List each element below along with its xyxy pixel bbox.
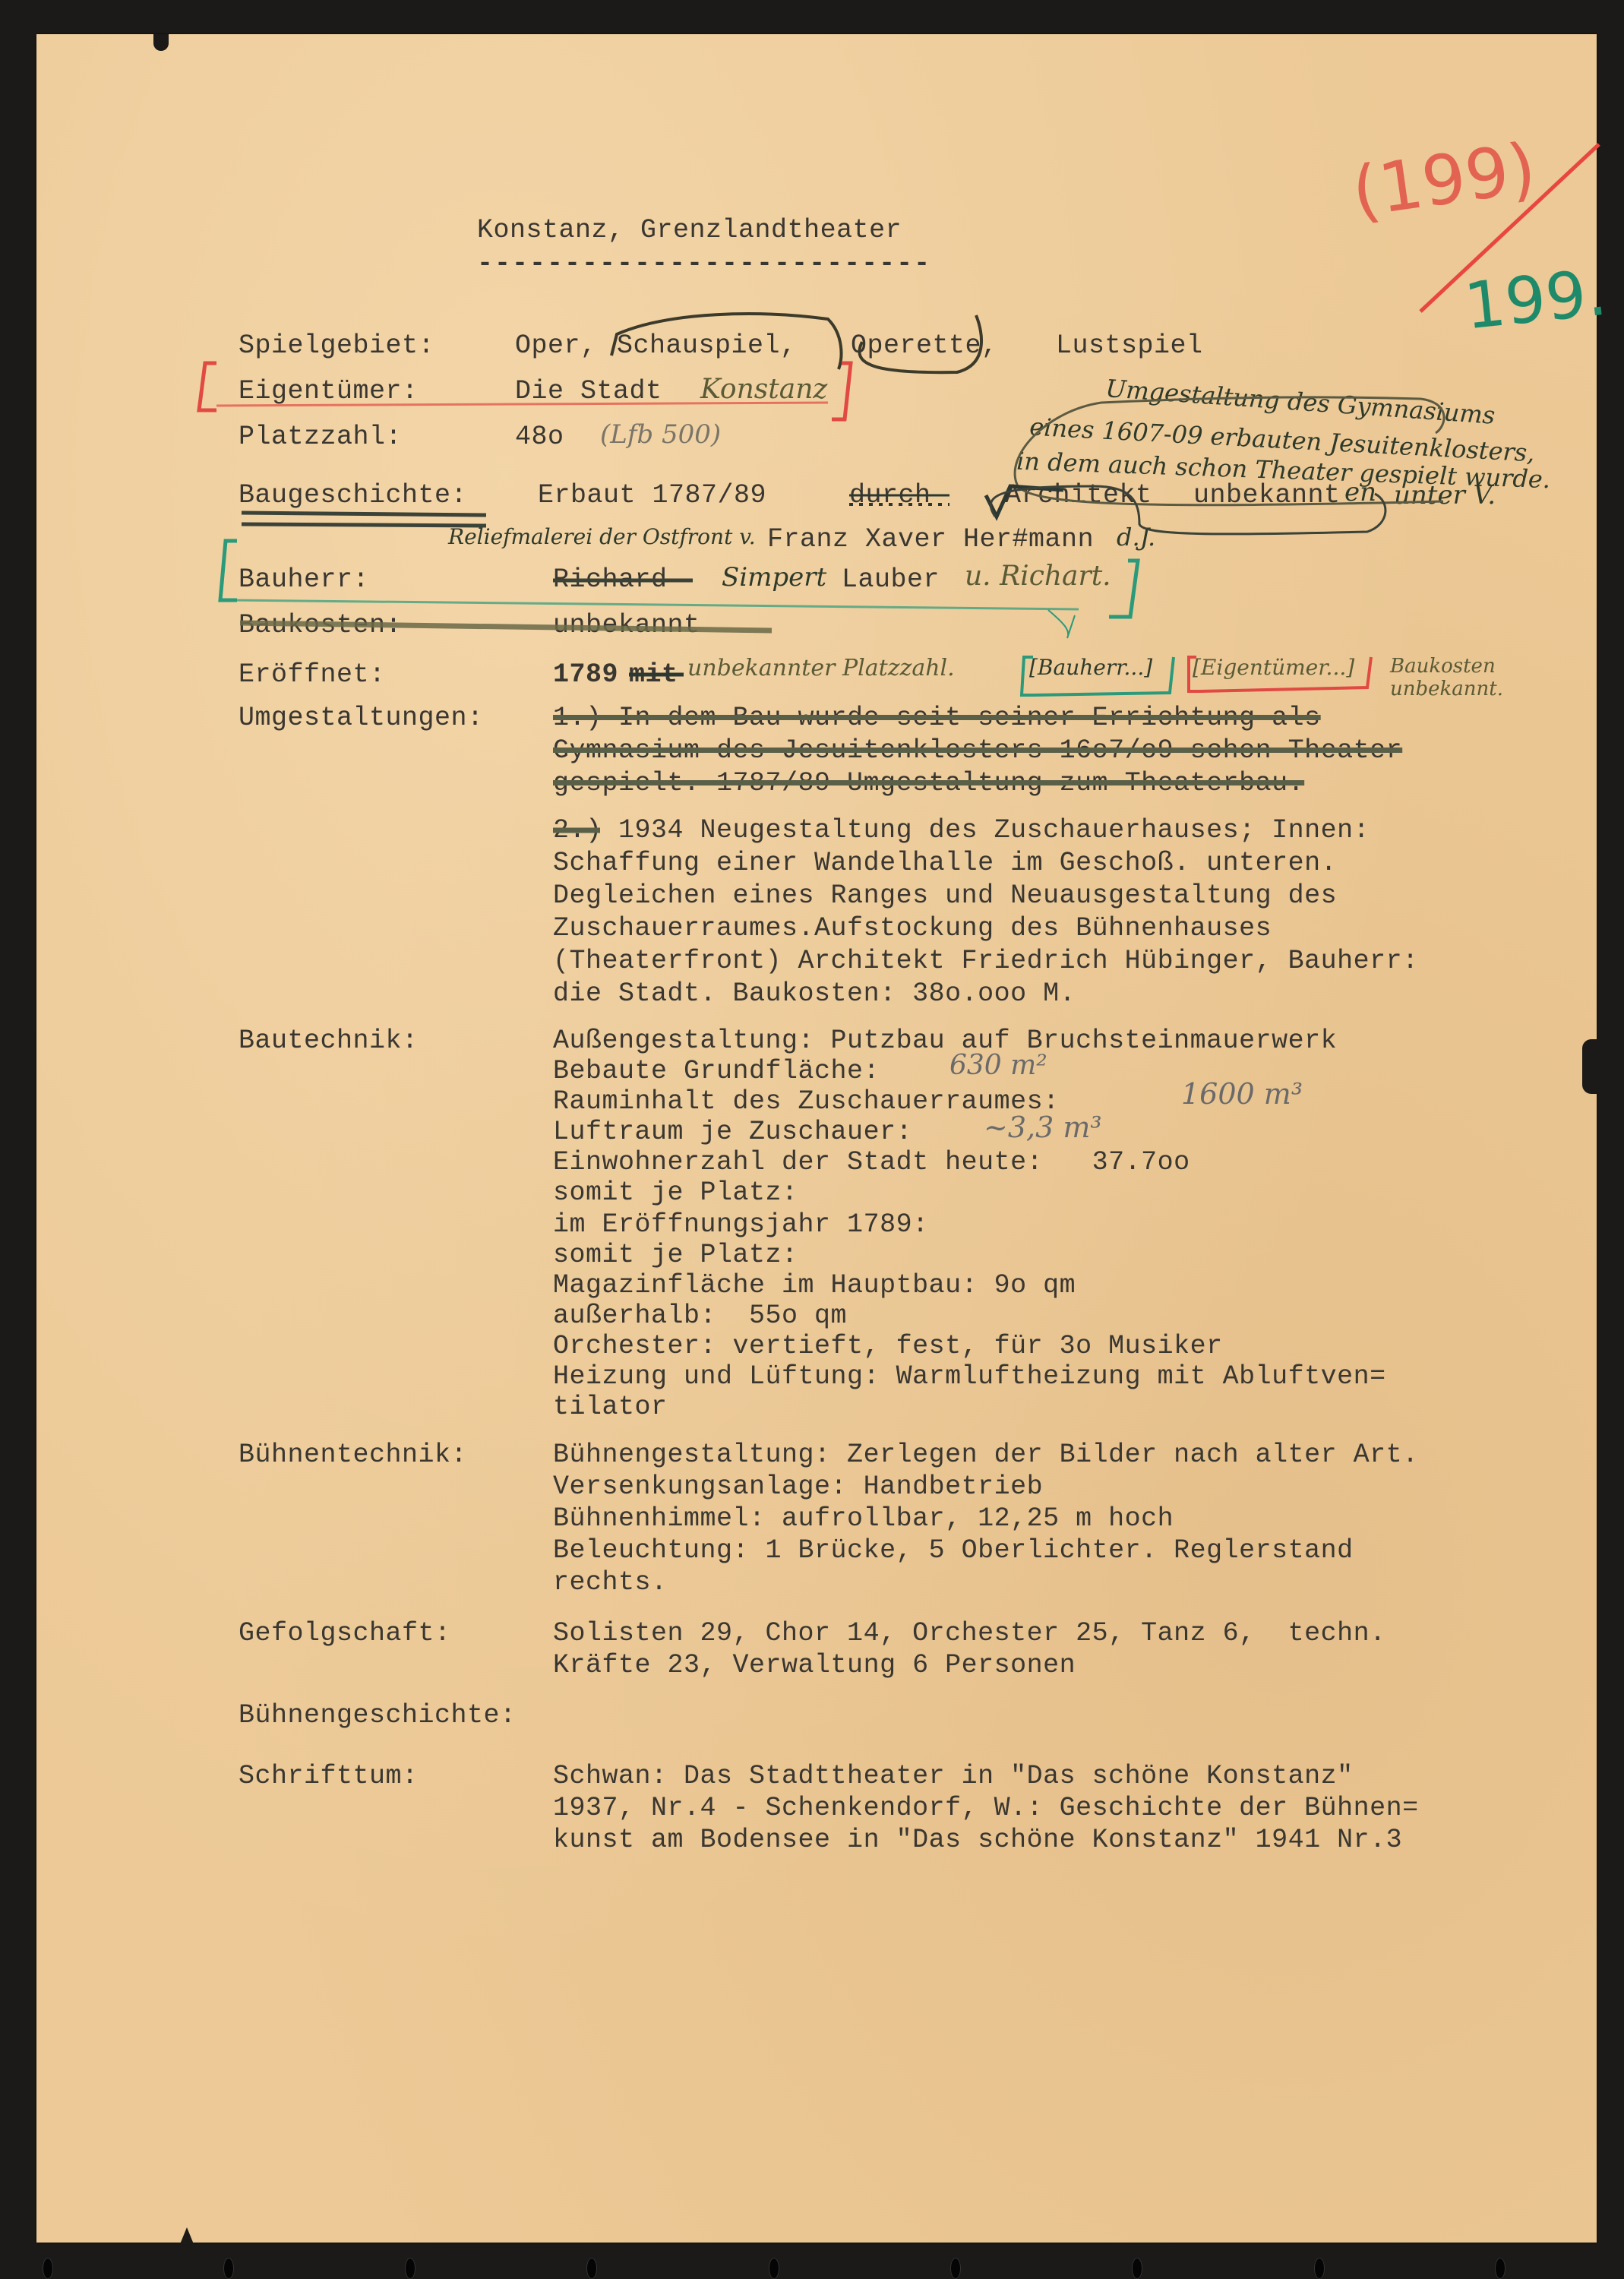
text-line: Schaffung einer Wandelhalle im Geschoß. … <box>553 848 1337 878</box>
text-line: kunst am Bodensee in "Das schöne Konstan… <box>553 1825 1402 1855</box>
label-bauherr: Bauherr: <box>239 564 369 595</box>
text-line: Solisten 29, Chor 14, Orchester 25, Tanz… <box>553 1618 1386 1648</box>
value-oper: Oper, <box>515 330 597 361</box>
label-platzzahl: Platzzahl: <box>239 422 402 452</box>
text-line: im Eröffnungsjahr 1789: <box>553 1209 929 1240</box>
value-architect-name: Franz Xaver Her#mann <box>767 524 1094 555</box>
text-line: Zuschauerraumes.Aufstockung des Bühnenha… <box>553 913 1272 944</box>
hand-ref-bauherr: [Bauherr...] <box>1029 655 1152 680</box>
text-line: Schwan: Das Stadttheater in "Das schöne … <box>553 1761 1354 1791</box>
text-line: Versenkungsanlage: Handbetrieb <box>553 1471 1043 1502</box>
hand-reliefmalerei: Reliefmalerei der Ostfront v. <box>448 524 756 549</box>
text-line: Kräfte 23, Verwaltung 6 Personen <box>553 1650 1076 1680</box>
hand-en: en <box>1344 477 1376 507</box>
hand-luftraum: ~3,3 m³ <box>984 1111 1102 1144</box>
text-line: rechts. <box>553 1567 668 1598</box>
page-number-green: 199. <box>1461 254 1610 343</box>
binder-holes <box>0 2255 1624 2279</box>
value-eroeffnet: 1789 <box>553 659 618 690</box>
torn-notch <box>1582 1039 1599 1094</box>
label-buehnentechnik: Bühnentechnik: <box>239 1440 467 1470</box>
text-line: Magazinfläche im Hauptbau: 9o qm <box>553 1270 1076 1301</box>
label-baukosten: Baukosten: <box>239 610 402 640</box>
value-architekt: Architekt <box>1005 480 1152 510</box>
hand-simpert: Simpert <box>722 562 826 593</box>
hand-dj: d.J. <box>1117 523 1155 552</box>
label-eigentuemer: Eigentümer: <box>239 376 419 406</box>
text-line: Bebaute Grundfläche: <box>553 1056 880 1086</box>
value-lauber: Lauber <box>842 564 940 595</box>
value-operette: Operette, <box>851 330 998 361</box>
label-schrifttum: Schrifttum: <box>239 1761 419 1791</box>
text-line: Degleichen eines Ranges und Neuausgestal… <box>553 880 1337 911</box>
text-line: (Theaterfront) Architekt Friedrich Hübin… <box>553 946 1419 976</box>
text-line: außerhalb: 55o qm <box>553 1301 847 1331</box>
text-line: 2.) 1934 Neugestaltung des Zuschauerhaus… <box>553 815 1370 846</box>
hand-grundflaeche: 630 m² <box>949 1050 1047 1081</box>
struck-richard: Richard <box>553 564 668 595</box>
text-line: 1937, Nr.4 - Schenkendorf, W.: Geschicht… <box>553 1793 1419 1823</box>
title-underline: -------------------------- <box>477 248 931 279</box>
value-erbaut: Erbaut 1787/89 <box>538 480 766 510</box>
label-buehnengeschichte: Bühnengeschichte: <box>239 1700 517 1731</box>
text-line: tilator <box>553 1392 668 1422</box>
text-line: die Stadt. Baukosten: 38o.ooo M. <box>553 978 1076 1009</box>
label-baugeschichte: Baugeschichte: <box>239 480 467 510</box>
struck-durch: durch <box>849 480 931 510</box>
value-platzzahl: 48o <box>515 422 564 452</box>
text-line: somit je Platz: <box>553 1177 798 1208</box>
hand-platzzahl-note: (Lfb 500) <box>600 419 721 450</box>
text-line: Bühnenhimmel: aufrollbar, 12,25 m hoch <box>553 1503 1174 1534</box>
text-line: Luftraum je Zuschauer: <box>553 1117 912 1147</box>
text-line: Orchester: vertieft, fest, für 3o Musike… <box>553 1331 1223 1361</box>
struck-line: 1.) In dem Bau wurde seit seiner Erricht… <box>553 703 1321 733</box>
value-baukosten: unbekannt <box>553 610 700 640</box>
value-schauspiel: Schauspiel, <box>617 330 797 361</box>
value-unbekannt: unbekannt <box>1193 480 1341 510</box>
torn-notch <box>153 34 169 51</box>
label-spielgebiet: Spielgebiet: <box>239 330 434 361</box>
text-line: somit je Platz: <box>553 1240 798 1270</box>
hand-unter-v: unter V. <box>1394 480 1496 510</box>
hand-konstanz: Konstanz <box>700 374 827 405</box>
text-line: Heizung und Lüftung: Warmluftheizung mit… <box>553 1361 1386 1392</box>
hand-platzzahl: unbekannter Platzzahl. <box>687 655 955 681</box>
label-eroeffnet: Eröffnet: <box>239 659 386 690</box>
text-line: Außengestaltung: Putzbau auf Bruchsteinm… <box>553 1026 1337 1056</box>
page-title: Konstanz, Grenzlandtheater <box>477 215 902 245</box>
hand-ref-eigentuemer: [Eigentümer...] <box>1193 655 1354 680</box>
label-umgestaltungen: Umgestaltungen: <box>239 703 484 733</box>
value-eigentuemer: Die Stadt <box>515 376 662 406</box>
text-line: Einwohnerzahl der Stadt heute: 37.7oo <box>553 1147 1190 1177</box>
hand-baukosten: Baukosten unbekannt. <box>1390 655 1572 700</box>
struck-line: gespielt. 1787/89 Umgestaltung zum Theat… <box>553 768 1304 798</box>
struck-line: Gymnasium des Jesuitenklosters 16o7/o9 s… <box>553 735 1402 766</box>
struck-mit: mit <box>629 659 678 690</box>
hand-richart: u. Richart. <box>965 561 1111 592</box>
label-bautechnik: Bautechnik: <box>239 1026 419 1056</box>
value-lustspiel: Lustspiel <box>1056 330 1203 361</box>
text-line: Beleuchtung: 1 Brücke, 5 Oberlichter. Re… <box>553 1535 1354 1566</box>
label-gefolgschaft: Gefolgschaft: <box>239 1618 451 1648</box>
hand-rauminhalt: 1600 m³ <box>1181 1077 1303 1111</box>
text-line: Bühnengestaltung: Zerlegen der Bilder na… <box>553 1440 1419 1470</box>
